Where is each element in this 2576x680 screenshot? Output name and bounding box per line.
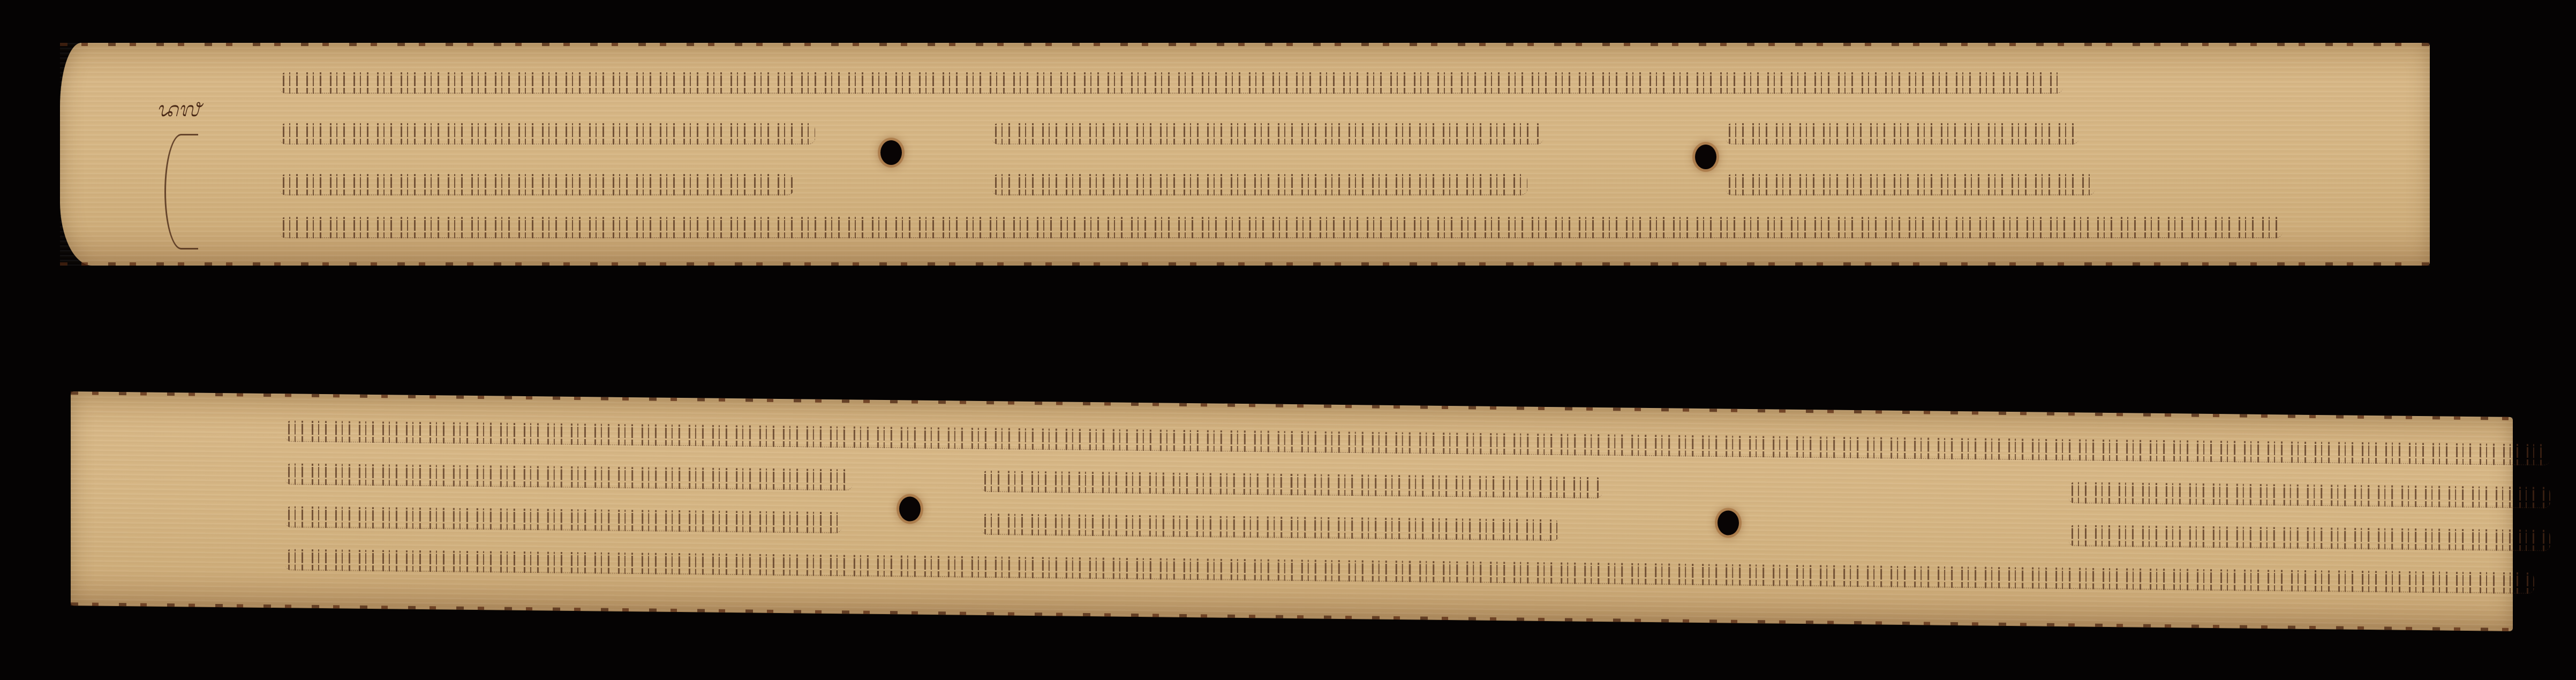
script-text: [280, 72, 2063, 94]
leaf-edge: [60, 262, 2430, 266]
leaf-edge: [71, 602, 2513, 631]
script-text: [981, 513, 1560, 541]
binding-hole-left: [899, 496, 921, 521]
script-text: [1726, 174, 2095, 195]
script-text: [280, 174, 794, 195]
script-text: [280, 123, 815, 145]
text-line-2-middle: [981, 463, 1602, 507]
script-text: [992, 123, 1543, 145]
script-text: [2068, 482, 2550, 508]
text-line-2-middle: [992, 115, 1543, 153]
text-line-2-right: [1726, 115, 2079, 153]
script-text: [981, 471, 1602, 498]
palm-leaf-bottom: [71, 391, 2513, 631]
text-line-2-right: [2068, 474, 2550, 516]
text-line-1: [280, 64, 2063, 102]
script-text: [285, 463, 853, 490]
binding-hole-right: [1718, 510, 1739, 535]
margin-bracket-symbol: [164, 134, 198, 250]
script-text: [285, 506, 842, 533]
text-line-4: [280, 209, 2283, 246]
text-line-3-middle: [981, 505, 1560, 549]
text-line-3-right: [2068, 517, 2550, 559]
script-text: [280, 217, 2283, 238]
script-text: [285, 549, 2534, 594]
leaf-edge: [60, 43, 2430, 46]
text-line-3-left: [280, 166, 794, 203]
text-line-2-left: [280, 115, 815, 153]
page-number-mark: ᬤ᭗: [156, 99, 200, 119]
text-line-3-right: [1726, 166, 2095, 203]
text-line-2-left: [285, 455, 853, 498]
script-text: [1726, 123, 2079, 145]
script-text: [992, 174, 1527, 195]
script-text: [2068, 525, 2550, 551]
palm-leaf-top: ᬤ᭗: [60, 43, 2430, 266]
text-line-3-middle: [992, 166, 1527, 203]
binding-hole-right: [1695, 145, 1716, 169]
binding-hole-left: [880, 140, 902, 165]
text-line-3-left: [285, 498, 842, 541]
